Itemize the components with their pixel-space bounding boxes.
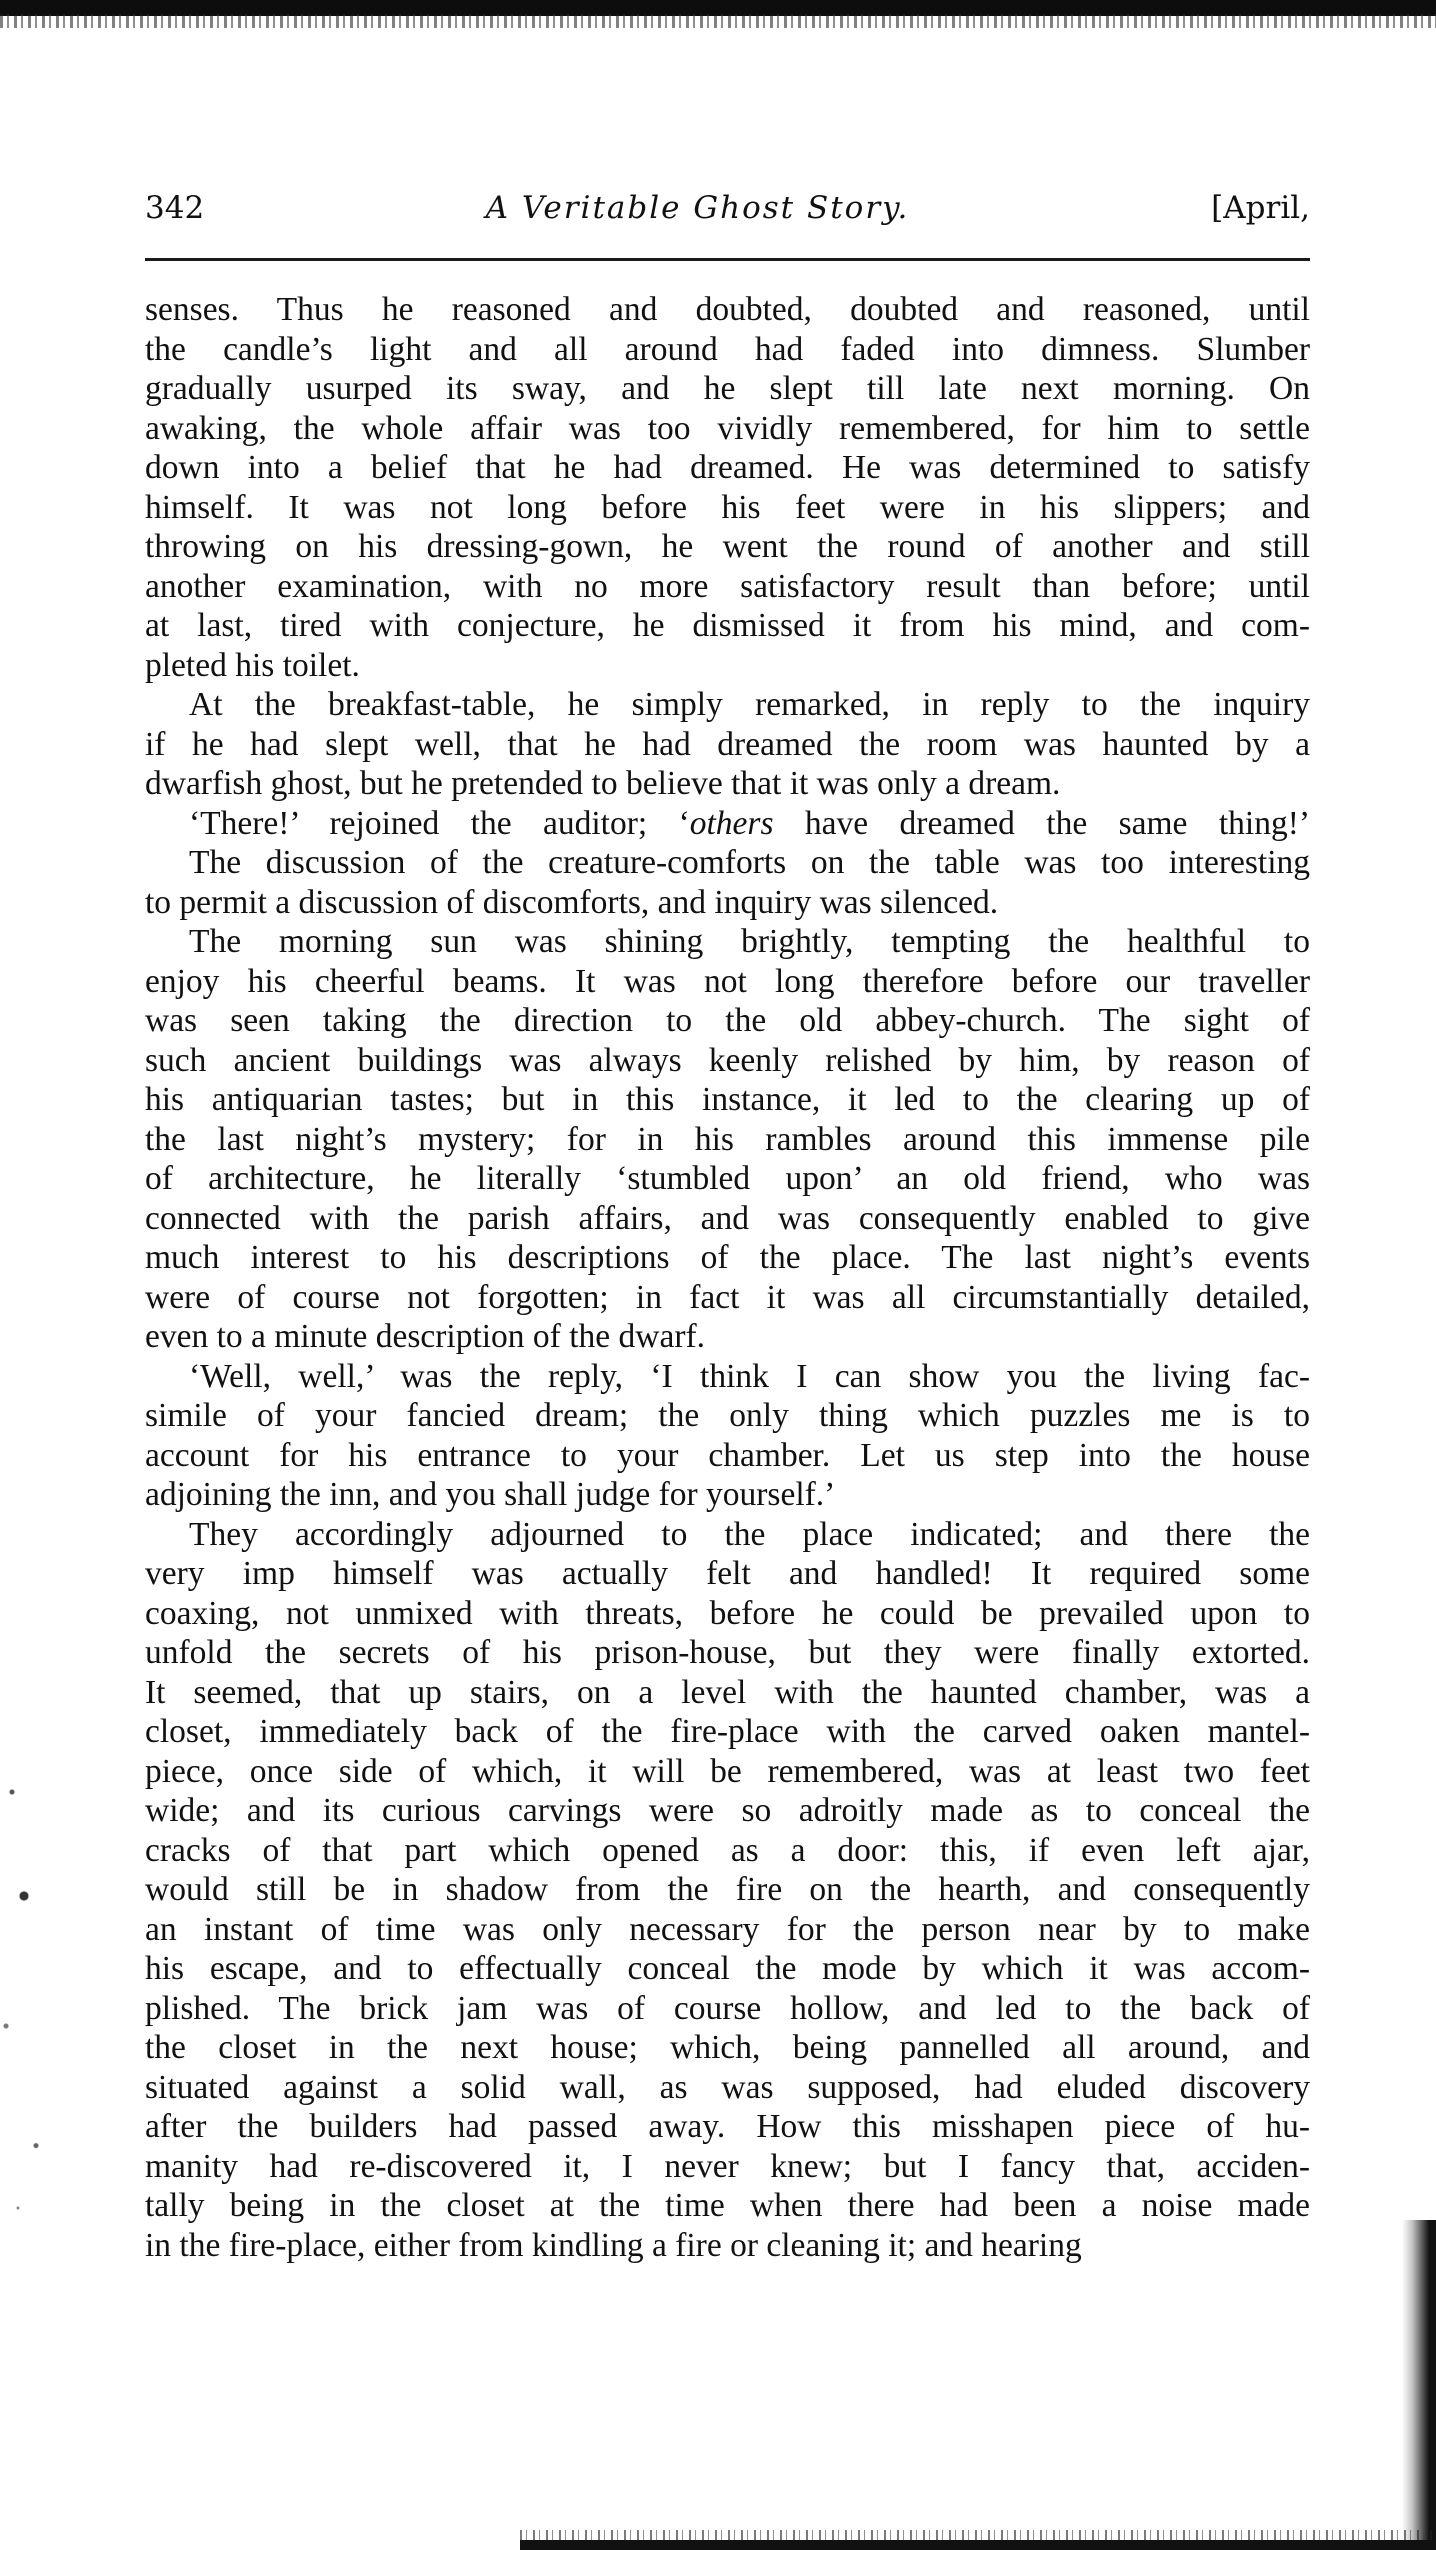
text-line: very imp himself was actually felt and h… xyxy=(145,1554,1310,1594)
paragraph: At the breakfast-table, he simply remark… xyxy=(145,685,1310,804)
scan-right-edge xyxy=(1402,2220,1436,2550)
book-page: 342 A Veritable Ghost Story. [April, sen… xyxy=(145,190,1310,238)
scan-left-specks xyxy=(0,1740,60,2260)
text-line: cracks of that part which opened as a do… xyxy=(145,1831,1310,1871)
running-title: A Veritable Ghost Story. xyxy=(145,190,1310,226)
text-line: were of course not forgotten; in fact it… xyxy=(145,1278,1310,1318)
italic-emphasis: others xyxy=(690,805,774,842)
text-line: the candle’s light and all around had fa… xyxy=(145,330,1310,370)
text-line: connected with the parish affairs, and w… xyxy=(145,1199,1310,1239)
text-line: coaxing, not unmixed with threats, befor… xyxy=(145,1594,1310,1634)
text-line: tally being in the closet at the time wh… xyxy=(145,2186,1310,2226)
text-line: himself. It was not long before his feet… xyxy=(145,488,1310,528)
paragraph: They accordingly adjourned to the place … xyxy=(145,1515,1310,2266)
paragraph: ‘There!’ rejoined the auditor; ‘others h… xyxy=(145,804,1310,844)
text-line: to permit a discussion of discomforts, a… xyxy=(145,883,1310,923)
text-line: ‘Well, well,’ was the reply, ‘I think I … xyxy=(145,1357,1310,1397)
text-line: after the builders had passed away. How … xyxy=(145,2107,1310,2147)
scan-bottom-edge xyxy=(520,2540,1436,2550)
text-line: wide; and its curious carvings were so a… xyxy=(145,1791,1310,1831)
text-line: of architecture, he literally ‘stumbled … xyxy=(145,1159,1310,1199)
paragraph: ‘Well, well,’ was the reply, ‘I think I … xyxy=(145,1357,1310,1515)
text-segment: have dreamed the same thing!’ xyxy=(774,805,1311,842)
text-line: senses. Thus he reasoned and doubted, do… xyxy=(145,290,1310,330)
paragraph: The discussion of the creature-comforts … xyxy=(145,843,1310,922)
text-line: another examination, with no more satisf… xyxy=(145,567,1310,607)
text-line: They accordingly adjourned to the place … xyxy=(145,1515,1310,1555)
text-line: his antiquarian tastes; but in this inst… xyxy=(145,1080,1310,1120)
text-line: dwarfish ghost, but he pretended to beli… xyxy=(145,764,1310,804)
text-line: awaking, the whole affair was too vividl… xyxy=(145,409,1310,449)
scan-top-edge-fray xyxy=(0,14,1436,28)
text-line: down into a belief that he had dreamed. … xyxy=(145,448,1310,488)
text-line: an instant of time was only necessary fo… xyxy=(145,1910,1310,1950)
text-line: situated against a solid wall, as was su… xyxy=(145,2068,1310,2108)
text-line: ‘There!’ rejoined the auditor; ‘others h… xyxy=(145,804,1310,844)
header-rule xyxy=(145,258,1310,261)
text-line: even to a minute description of the dwar… xyxy=(145,1317,1310,1357)
text-line: at last, tired with conjecture, he dismi… xyxy=(145,606,1310,646)
text-line: plished. The brick jam was of course hol… xyxy=(145,1989,1310,2029)
text-line: It seemed, that up stairs, on a level wi… xyxy=(145,1673,1310,1713)
text-line: in the fire-place, either from kindling … xyxy=(145,2226,1310,2266)
text-line: At the breakfast-table, he simply remark… xyxy=(145,685,1310,725)
text-line: much interest to his descriptions of the… xyxy=(145,1238,1310,1278)
text-line: unfold the secrets of his prison-house, … xyxy=(145,1633,1310,1673)
text-line: piece, once side of which, it will be re… xyxy=(145,1752,1310,1792)
text-line: the last night’s mystery; for in his ram… xyxy=(145,1120,1310,1160)
text-line: manity had re-discovered it, I never kne… xyxy=(145,2147,1310,2187)
running-head: 342 A Veritable Ghost Story. [April, xyxy=(145,190,1310,238)
paragraph: The morning sun was shining brightly, te… xyxy=(145,922,1310,1357)
text-line: closet, immediately back of the fire-pla… xyxy=(145,1712,1310,1752)
text-line: such ancient buildings was always keenly… xyxy=(145,1041,1310,1081)
text-line: The morning sun was shining brightly, te… xyxy=(145,922,1310,962)
text-line: if he had slept well, that he had dreame… xyxy=(145,725,1310,765)
text-segment: ‘There!’ rejoined the auditor; ‘ xyxy=(189,805,690,842)
text-line: the closet in the next house; which, bei… xyxy=(145,2028,1310,2068)
text-line: account for his entrance to your chamber… xyxy=(145,1436,1310,1476)
text-line: The discussion of the creature-comforts … xyxy=(145,843,1310,883)
text-line: adjoining the inn, and you shall judge f… xyxy=(145,1475,1310,1515)
running-section: [April, xyxy=(1211,190,1310,226)
text-line: would still be in shadow from the fire o… xyxy=(145,1870,1310,1910)
body-text: senses. Thus he reasoned and doubted, do… xyxy=(145,290,1310,2265)
text-line: was seen taking the direction to the old… xyxy=(145,1001,1310,1041)
text-line: his escape, and to effectually conceal t… xyxy=(145,1949,1310,1989)
text-line: simile of your fancied dream; the only t… xyxy=(145,1396,1310,1436)
text-line: throwing on his dressing-gown, he went t… xyxy=(145,527,1310,567)
paragraph: senses. Thus he reasoned and doubted, do… xyxy=(145,290,1310,685)
text-line: pleted his toilet. xyxy=(145,646,1310,686)
text-line: gradually usurped its sway, and he slept… xyxy=(145,369,1310,409)
text-line: enjoy his cheerful beams. It was not lon… xyxy=(145,962,1310,1002)
